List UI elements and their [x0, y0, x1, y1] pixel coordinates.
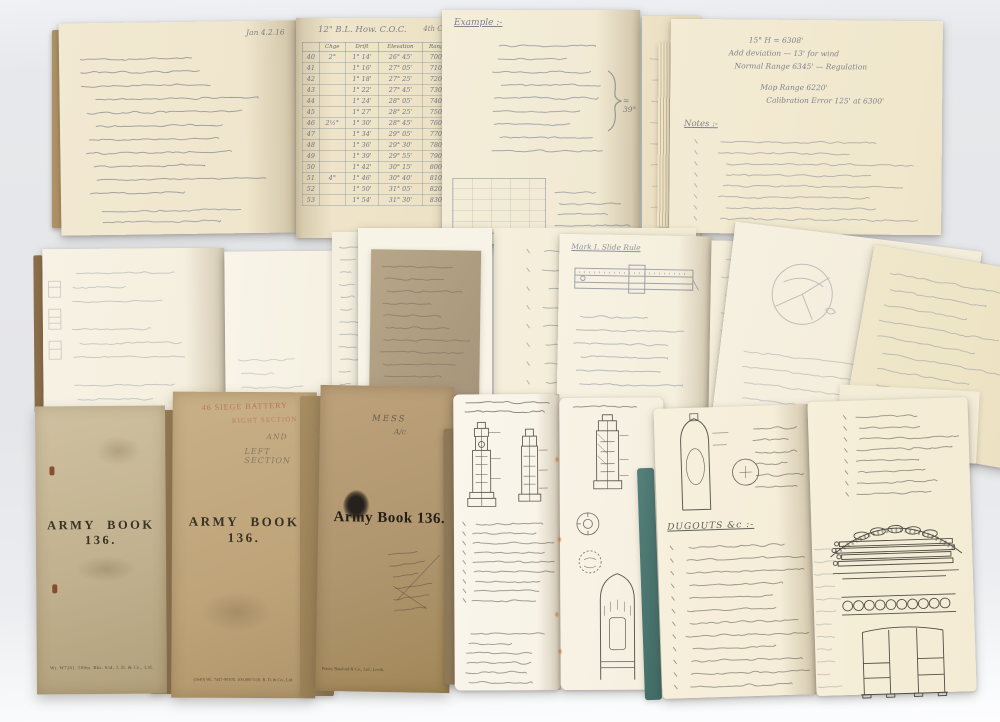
handwriting-fuze-title	[461, 397, 551, 415]
circle-sketch	[752, 249, 862, 346]
range-table-title: 12" B.L. How. C.O.C.	[300, 25, 407, 35]
inscription-mess: MESS	[372, 414, 407, 425]
handwriting-fuze-right-title	[567, 399, 657, 411]
note-line: Normal Range 6345' — Regulation	[720, 59, 935, 74]
army-book-3-title: Army Book 136.	[322, 509, 456, 528]
binding-stitch	[49, 466, 54, 475]
notes-top-lines: 15° H = 6308' Add deviation — 13' for wi…	[720, 33, 936, 108]
range-table-body: 402°1° 14'26° 45'7000411° 16'27° 05'7100…	[303, 52, 454, 206]
dugouts-left-page: DUGOUTS &c :-	[654, 404, 817, 699]
army-book-2-title: ARMY BOOK 136.	[172, 514, 316, 547]
handwriting-shell-notes	[750, 420, 806, 492]
notebook-range-table: Jan 4.2.16 12" B.L. How. C.O.C. 4th Chge…	[52, 12, 462, 242]
shell-diagram	[588, 566, 647, 682]
foxing-spot	[558, 648, 563, 655]
handwriting-dugouts-right-list	[840, 407, 963, 499]
example-page: Example :- = 39°	[442, 10, 640, 244]
handwriting-fuze-list	[460, 518, 556, 605]
foxing-spot	[557, 536, 562, 543]
fuze-diagram-3	[583, 412, 632, 508]
notes-heading: Notes :-	[684, 119, 718, 129]
cover-stain	[95, 436, 141, 466]
page-title-row: 12" B.L. How. C.O.C. 4th Chge.	[300, 25, 458, 35]
army-book-3-imprint: Potter, Batsford & Co., Ltd., Leeds.	[322, 666, 416, 673]
cover-stain	[76, 556, 136, 582]
note-line: Calibration Error 125' at 6300'	[720, 93, 935, 108]
notebook-dugouts: DUGOUTS &c :-	[645, 389, 985, 707]
army-book-1-title: ARMY BOOK 136.	[36, 518, 166, 549]
army-book-3: MESS A/c Army Book 136. Potter, Batsford…	[315, 385, 454, 693]
fuze-diagram-1	[459, 418, 504, 514]
pencil-arithmetic-lines	[387, 542, 448, 613]
inscription-and: AND	[267, 432, 288, 441]
date-note: Jan 4.2.16	[246, 28, 285, 38]
margin-sketch-boxes	[47, 279, 64, 369]
handwriting-notes-list	[687, 135, 920, 225]
notes-page: 15° H = 6308' Add deviation — 13' for wi…	[669, 19, 943, 235]
fuze-diagram-2	[509, 426, 549, 512]
army-book-2-imprint: (1640) Wt. 7447-90105. 100,000 5/16. R. …	[171, 677, 315, 683]
handwriting-footnote	[91, 203, 261, 227]
inscription-battery: 46 SIEGE BATTERY	[173, 400, 317, 413]
handwriting-exercise	[68, 264, 217, 405]
calculations-page: Jan 4.2.16	[59, 20, 300, 235]
dugouts-right-page	[807, 397, 976, 696]
handwriting-example	[472, 38, 622, 156]
slide-rule-diagram	[570, 256, 701, 304]
handwriting-example-bottom	[552, 186, 632, 230]
handwriting-margin-pencil	[812, 541, 847, 692]
range-table-head: ChgeDriftElevationRange	[303, 43, 454, 52]
brace-note: = 39°	[623, 96, 640, 114]
foxing-spot	[555, 456, 560, 463]
range-table: ChgeDriftElevationRange 402°1° 14'26° 45…	[302, 42, 454, 206]
handwriting-card	[377, 259, 473, 406]
timber-frame-drawing	[848, 620, 958, 701]
army-book-1-imprint: Wt. W7261. 500m. Bks. 634. J. D. & Co., …	[37, 665, 167, 671]
notebook-notes: 15° H = 6308' Add deviation — 13' for wi…	[657, 15, 955, 240]
cover-stain	[202, 592, 272, 632]
notebook-fuzes	[443, 385, 673, 696]
slide-rule-heading: Mark I. Slide Rule	[571, 242, 640, 252]
binding-stitch	[52, 584, 57, 593]
log-layer-drawing	[839, 590, 958, 620]
handwriting-calculations	[75, 49, 285, 200]
example-heading: Example :-	[454, 18, 502, 28]
inscription-account: A/c	[394, 427, 406, 436]
army-book-2: 46 SIEGE BATTERY RIGHT SECTION AND LEFT …	[171, 392, 317, 699]
mini-grid-table	[452, 178, 546, 234]
foxing-spot	[554, 611, 559, 618]
brace-glyph	[606, 70, 622, 132]
army-book-1: ARMY BOOK 136. Wt. W7261. 500m. Bks. 634…	[35, 406, 167, 695]
fuze-left-page	[453, 394, 561, 691]
handwriting-dugouts-list	[666, 536, 813, 692]
dugout-roof-drawing	[825, 497, 968, 589]
handwriting-fuze-list-2	[462, 608, 554, 686]
dugouts-heading: DUGOUTS &c :-	[667, 520, 754, 533]
